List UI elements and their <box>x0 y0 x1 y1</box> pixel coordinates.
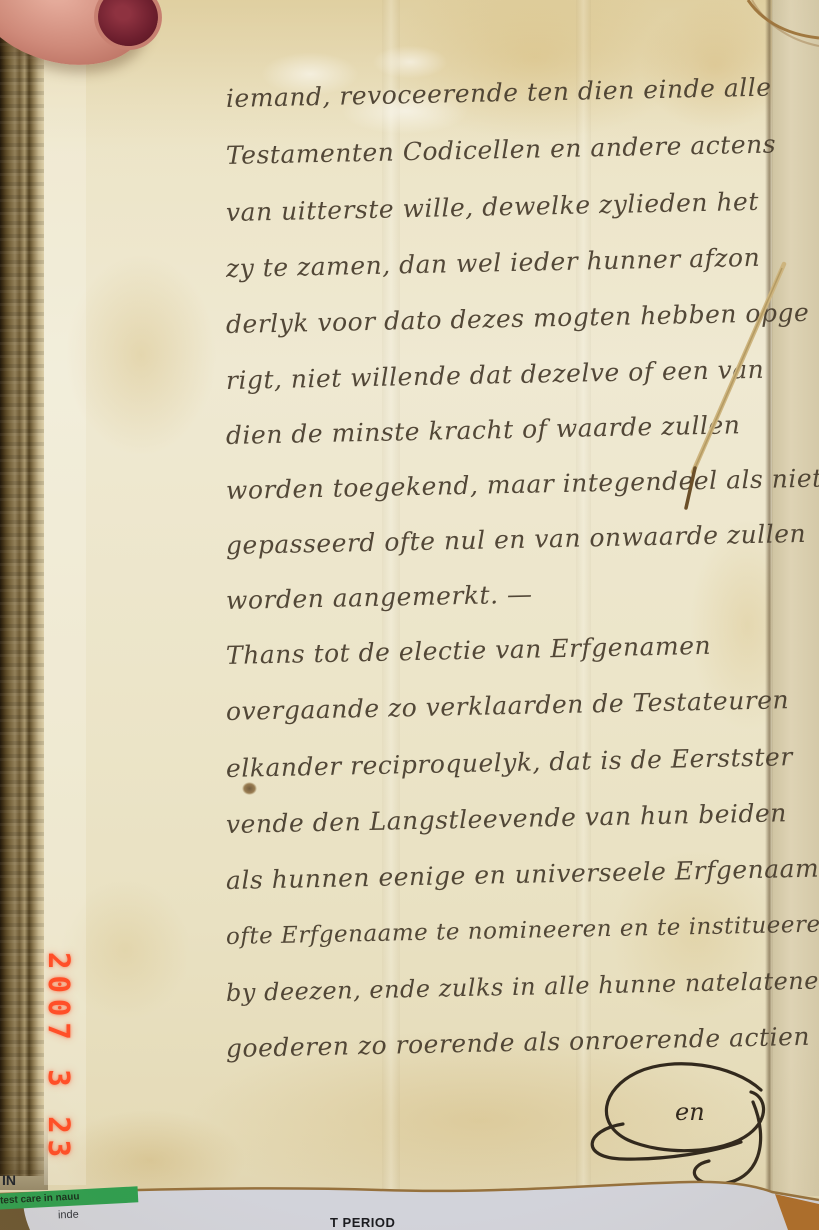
ink-blot <box>242 782 257 795</box>
book-spine-edge <box>0 0 44 1176</box>
embossed-seal <box>360 40 460 84</box>
table-surface <box>775 1194 819 1230</box>
handwritten-line: als hunnen eenige en universeele Erfgena… <box>226 854 791 895</box>
handwritten-line: vende den Langstleevende van hun beiden <box>226 798 791 839</box>
paper-stain <box>66 255 216 455</box>
handwritten-line: by deezen, ende zulks in alle hunne nate… <box>226 967 791 1007</box>
handwritten-line: rigt, niet willende dat dezelve of een v… <box>226 354 791 395</box>
printed-fragment: inde <box>58 1209 79 1222</box>
handwritten-line: worden aangemerkt. — <box>226 574 791 615</box>
svg-text:en: en <box>675 1098 705 1126</box>
printed-fragment: IN <box>2 1172 16 1188</box>
handwritten-line: worden toegekend, maar integendeel als n… <box>226 464 791 505</box>
handwritten-line: ofte Erfgenaame te nomineeren en te inst… <box>226 912 791 950</box>
handwritten-line: overgaande zo verklaarden de Testateuren <box>226 685 791 726</box>
handwritten-line: iemand, revoceerende ten dien einde alle <box>226 72 791 113</box>
handwritten-line: zy te zamen, dan wel ieder hunner afzon <box>226 242 791 283</box>
handwritten-line: van uitterste wille, dewelke zylieden he… <box>226 186 791 227</box>
paper-stain <box>380 0 690 140</box>
handwritten-line: dien de minste kracht of waarde zullen <box>226 409 791 450</box>
handwritten-line: Thans tot de electie van Erfgenamen <box>226 629 791 670</box>
camera-date-stamp: 2007 3 23 <box>42 952 76 1163</box>
printed-fragment: T PERIOD <box>330 1215 395 1230</box>
manuscript-photo: iemand, revoceerende ten dien einde alle… <box>0 0 819 1230</box>
handwritten-line: Testamenten Codicellen en andere actens <box>226 129 791 170</box>
handwritten-line: goederen zo roerende als onroerende acti… <box>226 1022 791 1063</box>
handwritten-line: derlyk voor dato dezes mogten hebben opg… <box>226 298 791 339</box>
handwritten-line: gepasseerd ofte nul en van onwaarde zull… <box>226 519 791 560</box>
handwritten-line: elkander reciproquelyk, dat is de Eersts… <box>226 742 791 783</box>
